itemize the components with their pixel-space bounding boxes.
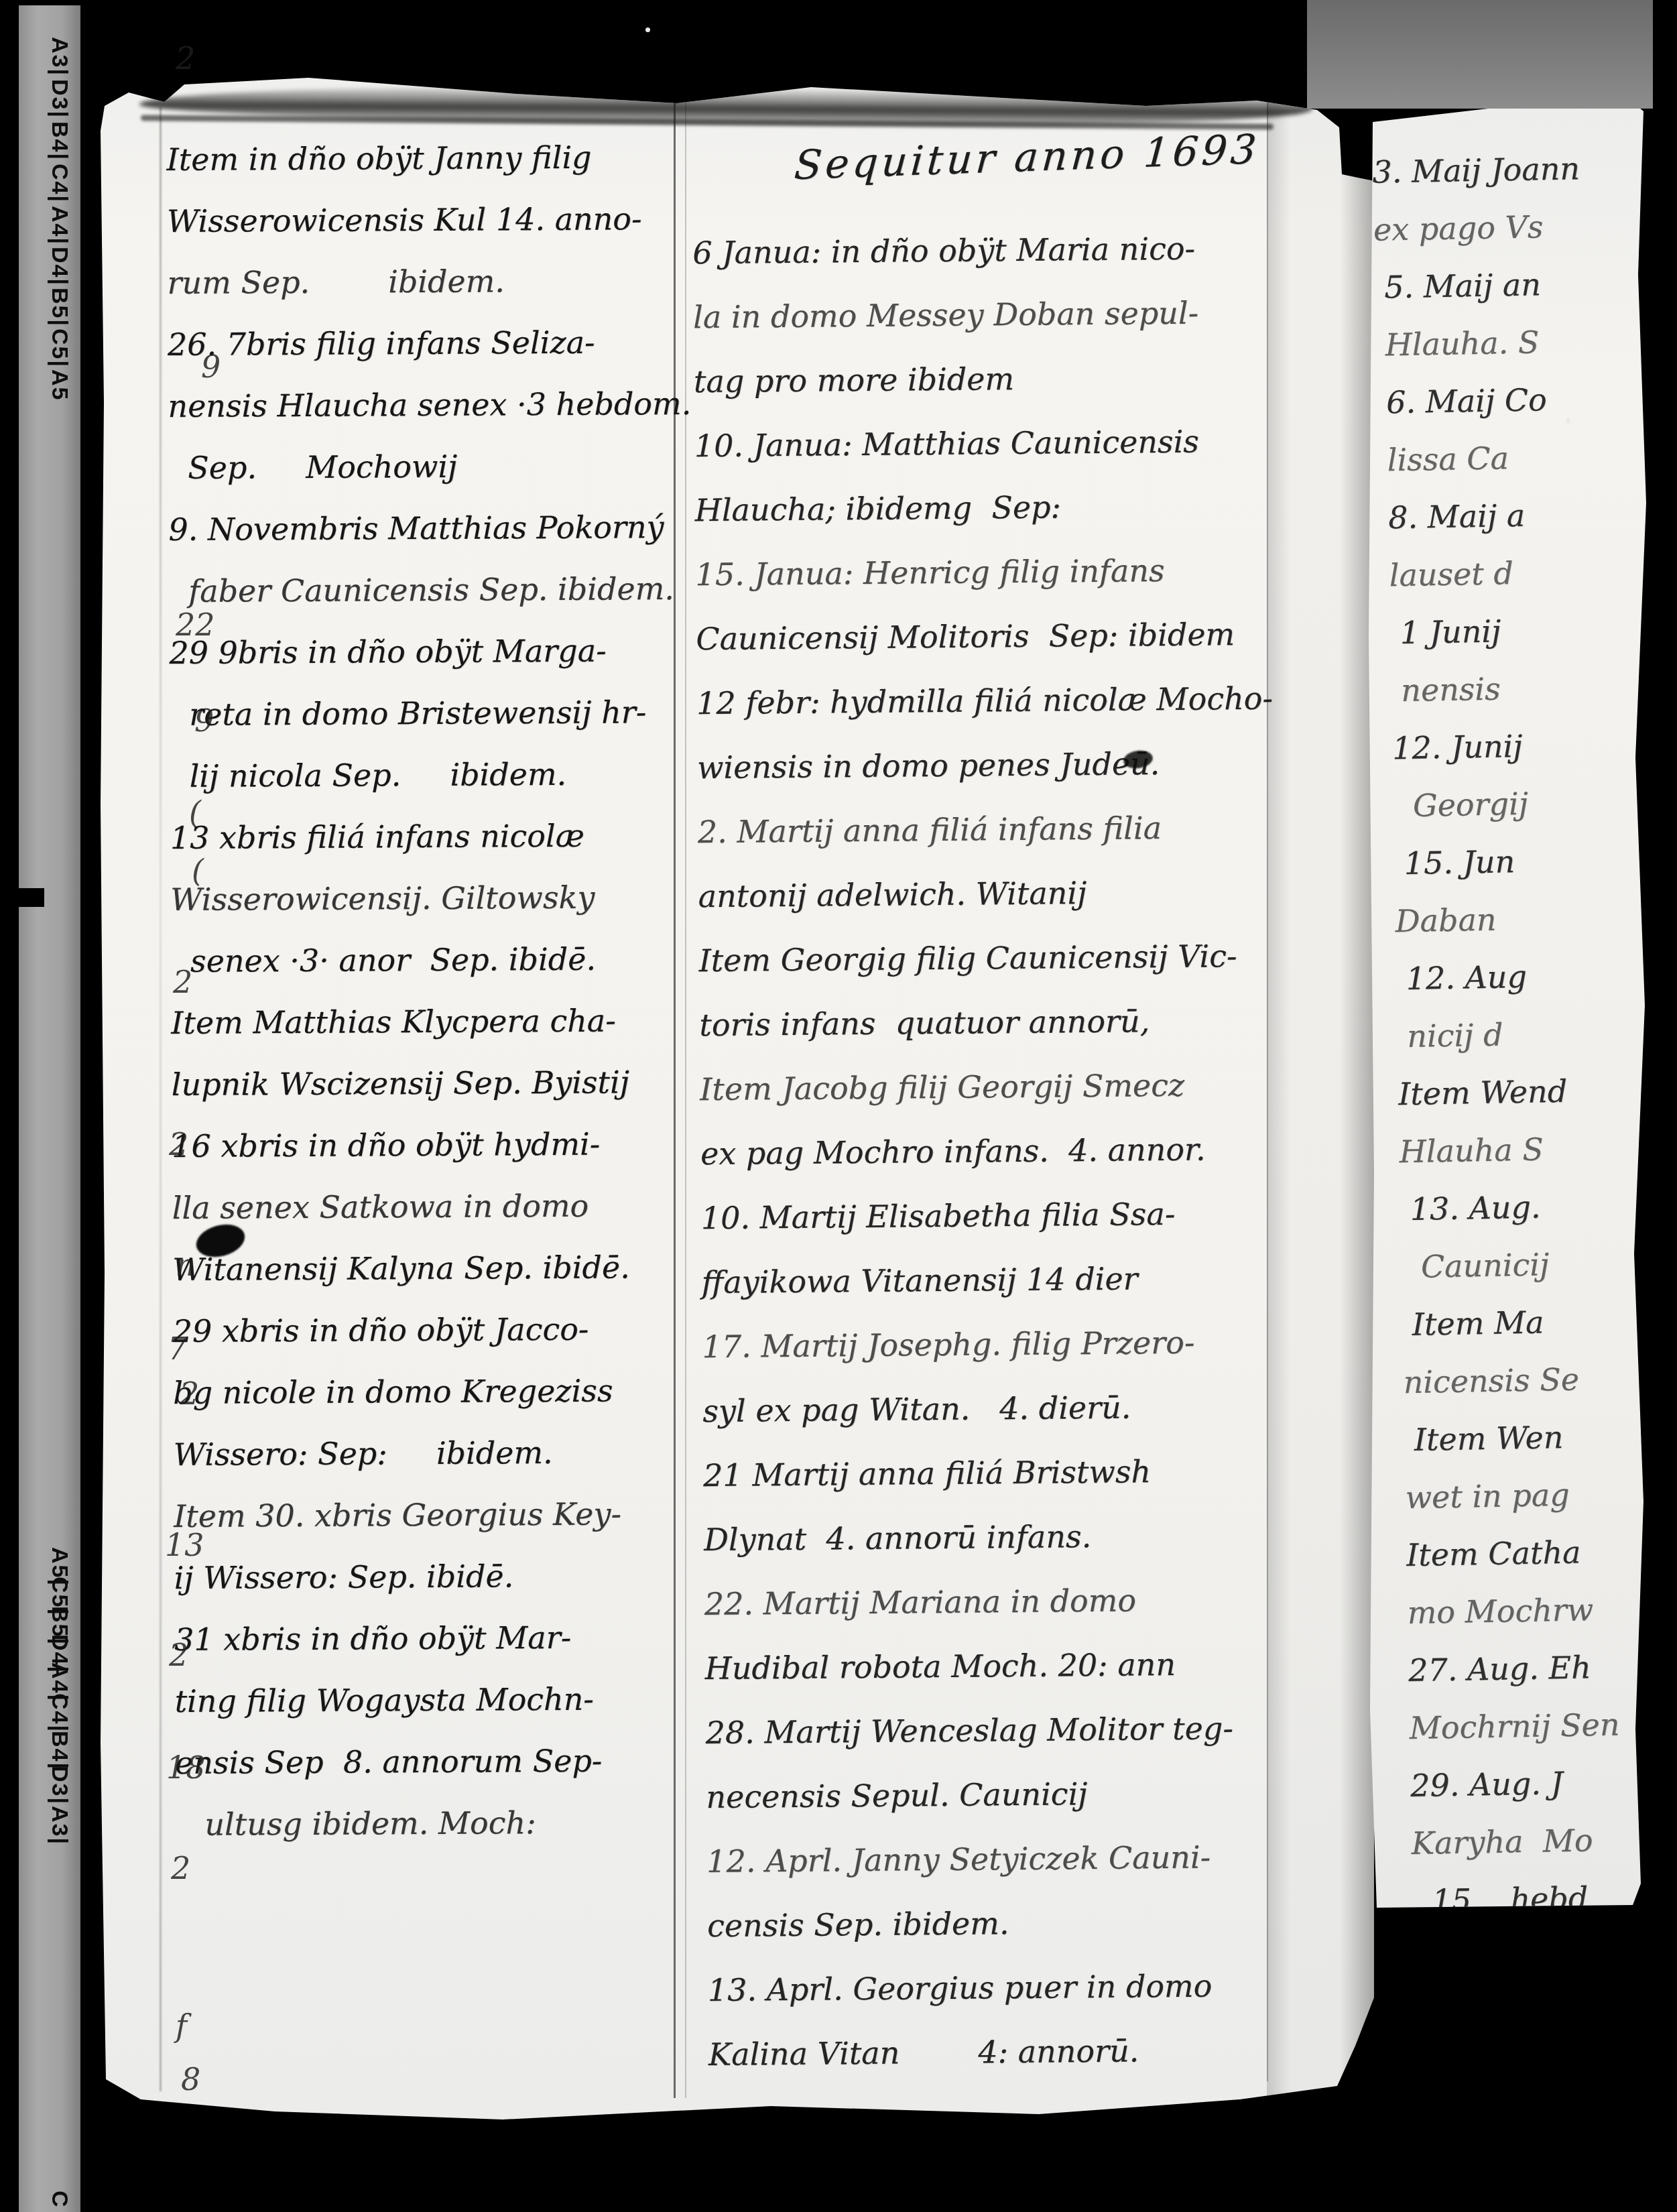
margin-fragment: 9: [201, 349, 221, 385]
margin-fragment: 8: [181, 2061, 200, 2097]
margin-fragment: 13: [165, 1527, 204, 1563]
margin-fragments: 29229((22n72132182f8: [0, 0, 1677, 2212]
margin-fragment: 9: [194, 702, 214, 739]
margin-fragment: (: [189, 794, 201, 831]
margin-fragment: 2: [169, 1126, 188, 1162]
margin-fragment: n: [176, 1247, 196, 1283]
margin-fragment: 2: [173, 964, 192, 1000]
dust-speck: [645, 27, 650, 32]
margin-fragment: 18: [166, 1749, 206, 1786]
film-scan: A3|D3|B4|C4|A4|D4|B5|C5|A5 A5|C5|B5|D4|A…: [0, 0, 1677, 2212]
margin-fragment: (: [192, 853, 204, 889]
margin-fragment: f: [176, 2008, 187, 2044]
margin-fragment: 22: [176, 607, 215, 643]
margin-fragment: 2: [169, 1637, 188, 1673]
margin-fragment: 2: [171, 1850, 190, 1886]
margin-fragment: 7: [168, 1331, 187, 1367]
dust-speck: [1566, 418, 1570, 424]
margin-fragment: 2: [180, 1375, 199, 1412]
margin-fragment: 2: [176, 40, 195, 76]
